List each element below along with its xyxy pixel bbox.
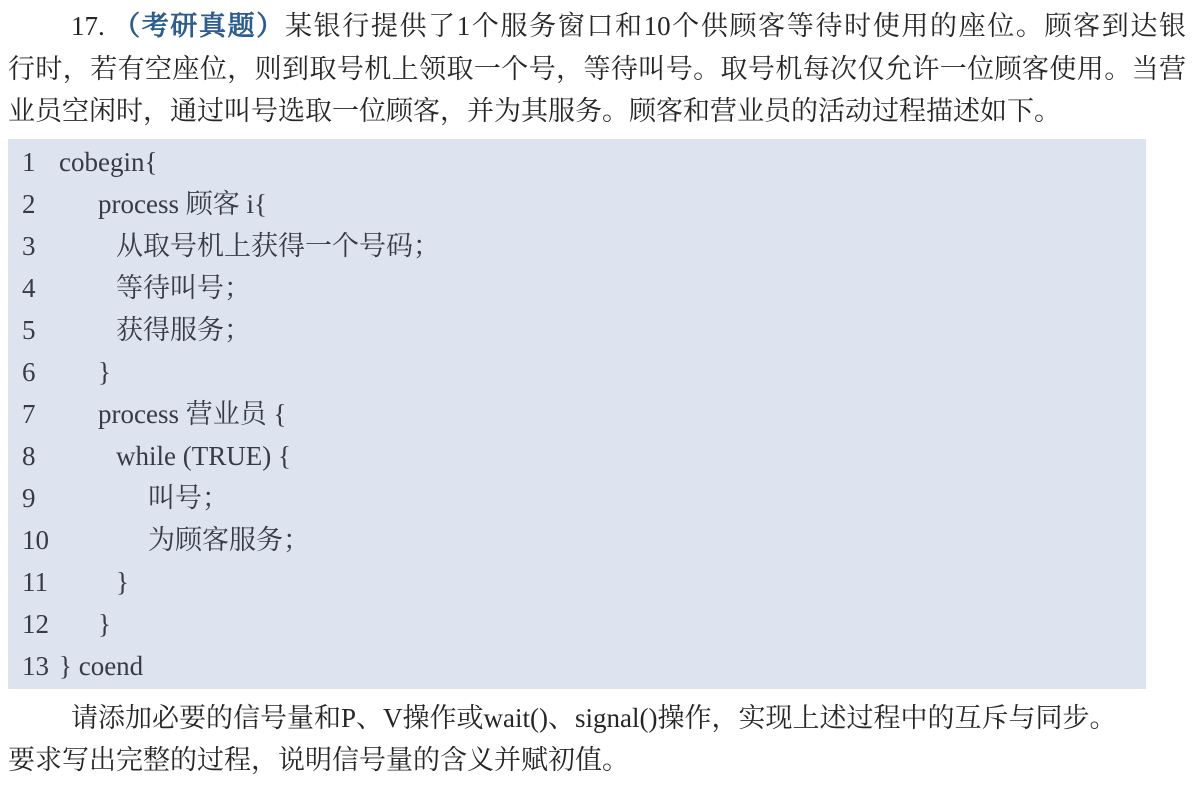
statement-line-3: 业员空闲时，通过叫号选取一位顾客，并为其服务。顾客和营业员的活动过程描述如下。	[8, 90, 1186, 133]
code-line: 2 process 顾客 i{	[8, 183, 1146, 225]
line-number: 10	[8, 519, 59, 561]
code-line: 5 获得服务；	[8, 309, 1146, 351]
code-line: 7 process 营业员 {	[8, 393, 1146, 435]
problem-number: 17.	[71, 11, 105, 41]
line-number: 12	[8, 603, 59, 645]
code-text: while (TRUE) {	[116, 435, 291, 477]
line-number: 2	[8, 183, 59, 225]
code-text: 叫号；	[148, 477, 229, 519]
code-line: 8 while (TRUE) {	[8, 435, 1146, 477]
statement-text-1: 某银行提供了1个服务窗口和10个供顾客等待时使用的座位。顾客到达银	[285, 11, 1186, 41]
statement-line-1: 17. （考研真题）某银行提供了1个服务窗口和10个供顾客等待时使用的座位。顾客…	[8, 5, 1186, 48]
code-line: 9 叫号；	[8, 477, 1146, 519]
code-text: process 顾客 i{	[98, 183, 267, 225]
code-line: 12 }	[8, 603, 1146, 645]
statement-line-2: 行时，若有空座位，则到取号机上领取一个号，等待叫号。取号机每次仅允许一位顾客使用…	[8, 48, 1186, 91]
code-block: 1 cobegin{ 2 process 顾客 i{ 3 从取号机上获得一个号码…	[8, 139, 1146, 689]
code-line: 13 } coend	[8, 645, 1146, 687]
code-text: 为顾客服务；	[148, 519, 310, 561]
code-text: } coend	[59, 645, 143, 687]
line-number: 1	[8, 141, 59, 183]
code-text: 等待叫号；	[116, 267, 251, 309]
code-text: cobegin{	[59, 141, 157, 183]
line-number: 13	[8, 645, 59, 687]
code-line: 6 }	[8, 351, 1146, 393]
code-text: }	[116, 561, 129, 603]
line-number: 7	[8, 393, 59, 435]
code-line: 10 为顾客服务；	[8, 519, 1146, 561]
line-number: 8	[8, 435, 59, 477]
problem-statement: 17. （考研真题）某银行提供了1个服务窗口和10个供顾客等待时使用的座位。顾客…	[8, 5, 1186, 133]
exam-source-tag: （考研真题）	[113, 11, 285, 41]
question-line-2: 要求写出完整的过程，说明信号量的含义并赋初值。	[8, 739, 1186, 782]
code-line: 3 从取号机上获得一个号码；	[8, 225, 1146, 267]
code-text: 获得服务；	[116, 309, 251, 351]
code-text: }	[98, 351, 111, 393]
line-number: 6	[8, 351, 59, 393]
code-line: 4 等待叫号；	[8, 267, 1146, 309]
line-number: 5	[8, 309, 59, 351]
question-paragraph: 请添加必要的信号量和P、V操作或wait()、signal()操作，实现上述过程…	[8, 697, 1186, 782]
line-number: 3	[8, 225, 59, 267]
code-text: 从取号机上获得一个号码；	[116, 225, 440, 267]
line-number: 4	[8, 267, 59, 309]
line-number: 11	[8, 561, 59, 603]
code-text: }	[98, 603, 111, 645]
line-number: 9	[8, 477, 59, 519]
code-line: 1 cobegin{	[8, 141, 1146, 183]
code-line: 11 }	[8, 561, 1146, 603]
textbook-page: 17. （考研真题）某银行提供了1个服务窗口和10个供顾客等待时使用的座位。顾客…	[0, 0, 1195, 782]
question-line-1: 请添加必要的信号量和P、V操作或wait()、signal()操作，实现上述过程…	[8, 697, 1186, 740]
code-text: process 营业员 {	[98, 393, 286, 435]
